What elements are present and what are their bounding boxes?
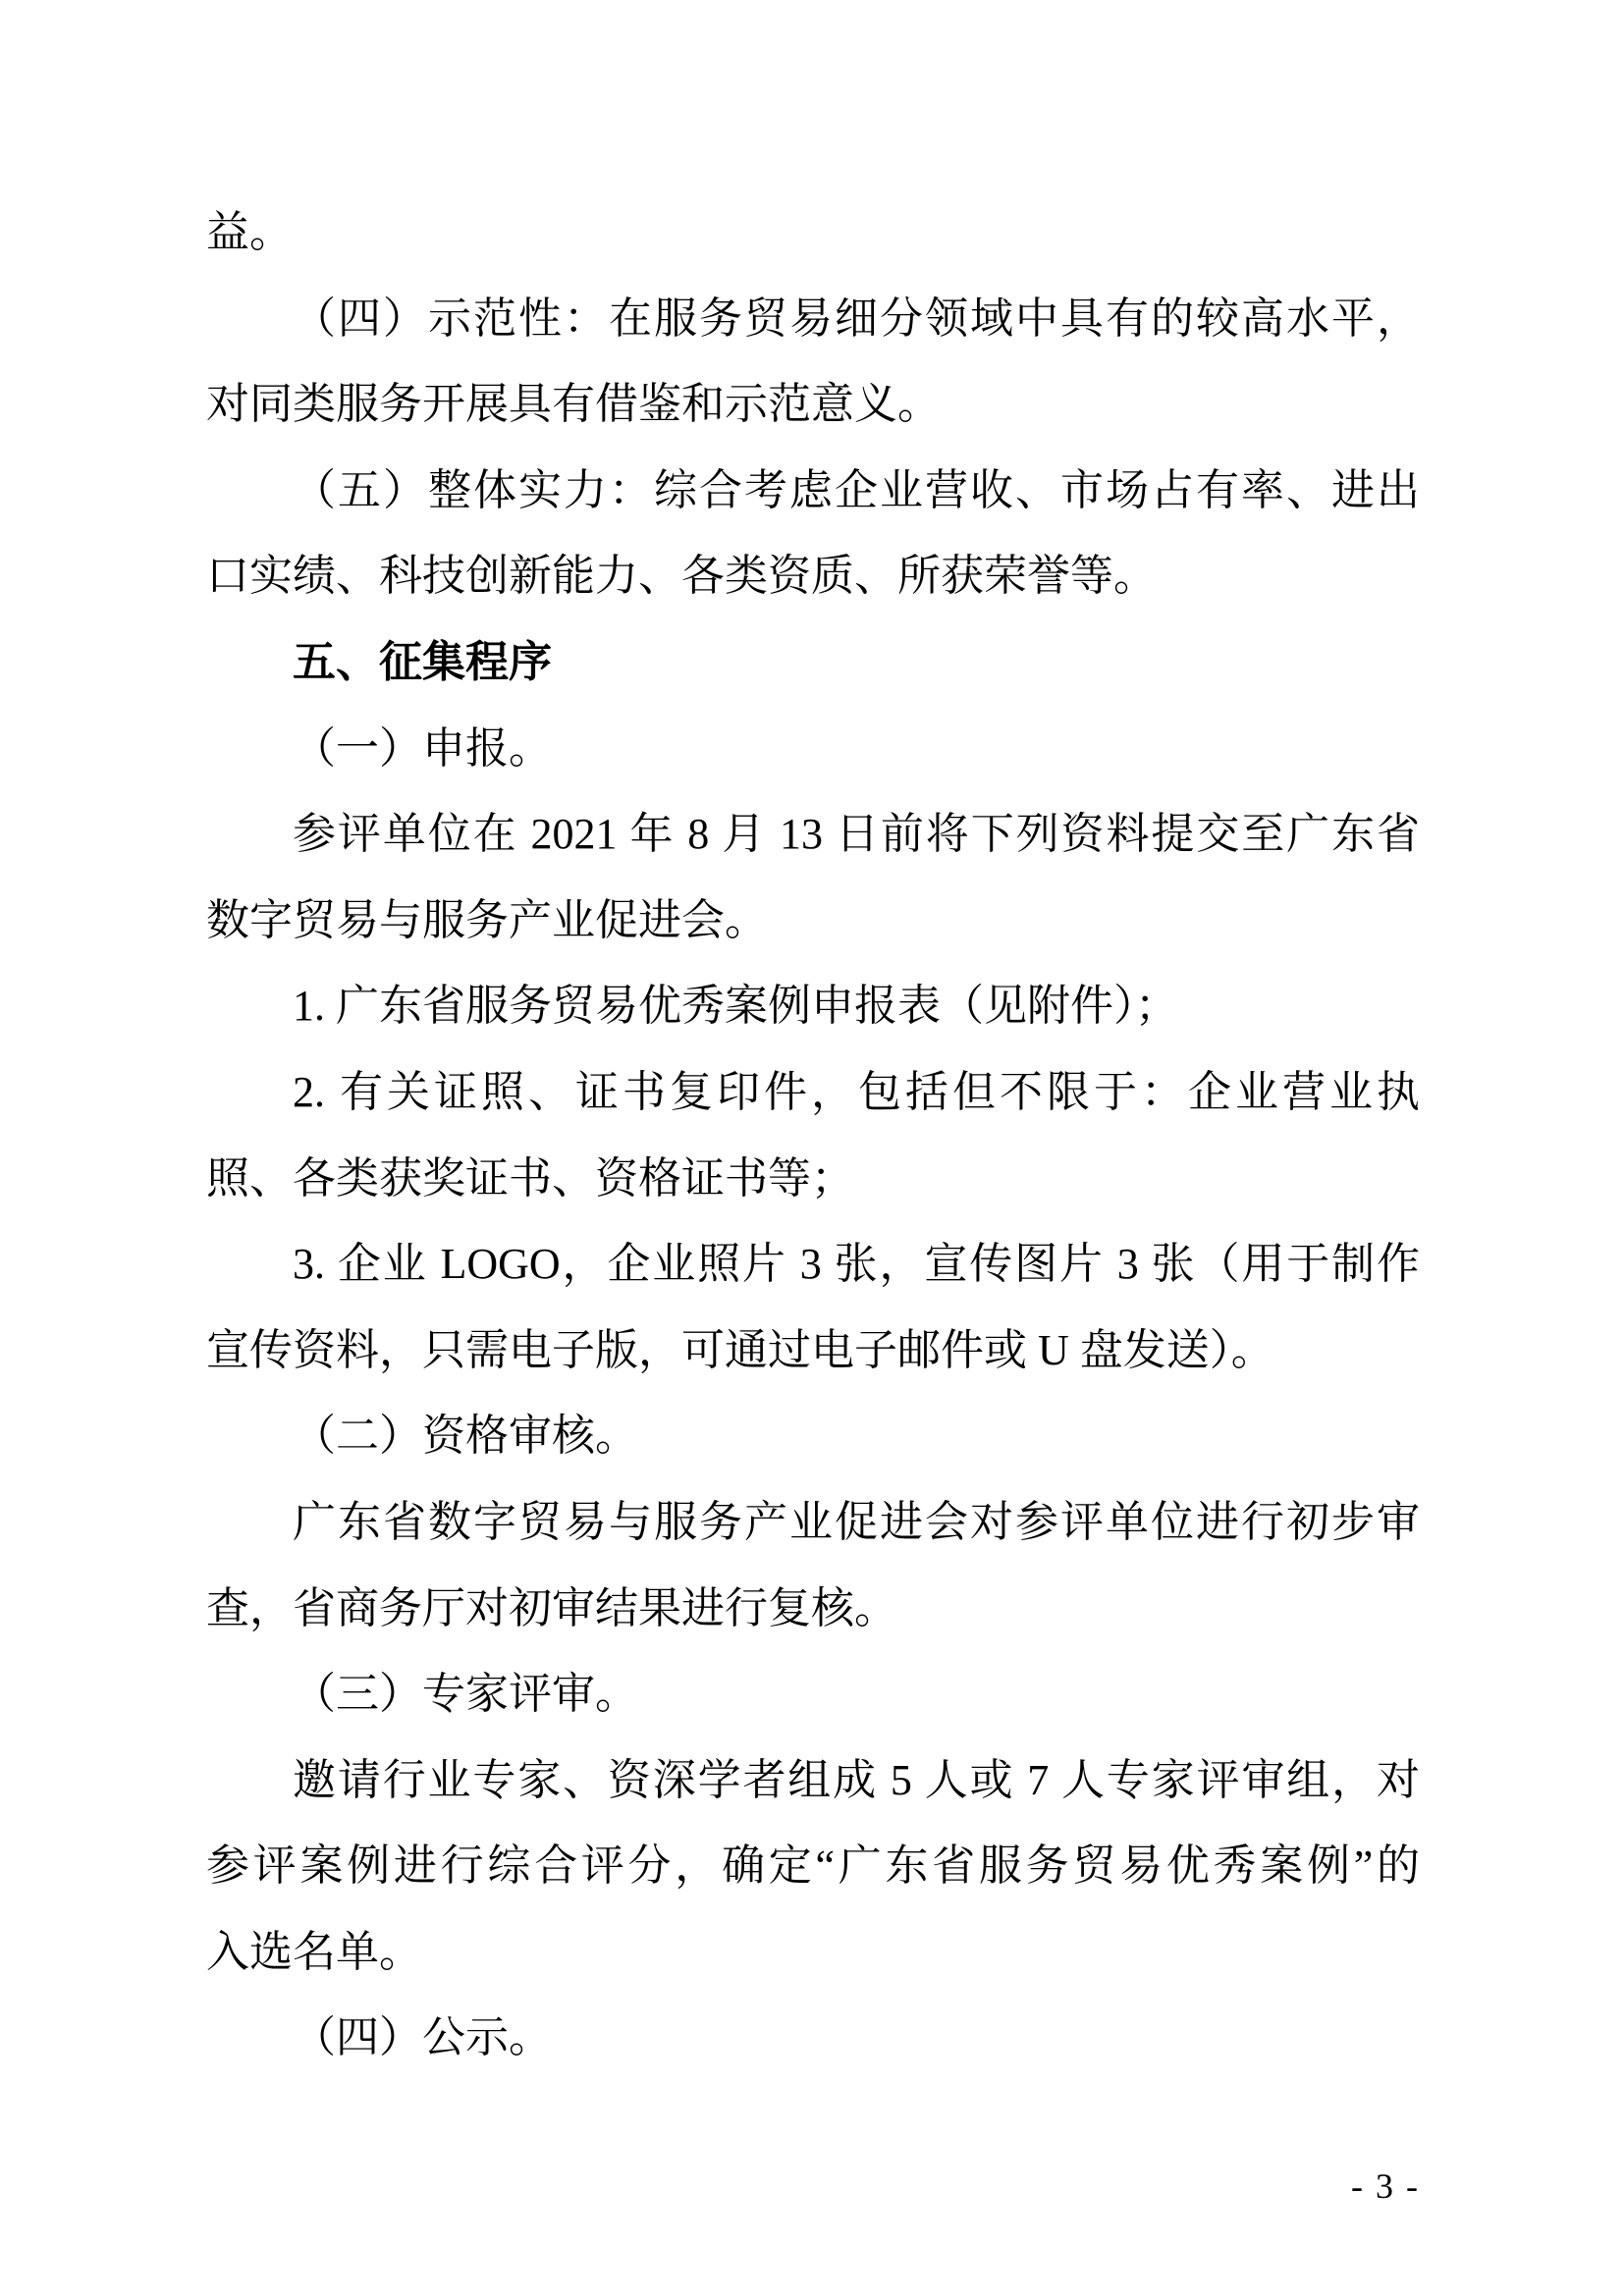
text-line: 宣传资料，只需电子版，可通过电子邮件或 U 盘发送）。: [206, 1308, 1420, 1394]
text-line: 邀请行业专家、资深学者组成 5 人或 7 人专家评审组，对: [206, 1737, 1420, 1824]
text-line: 3. 企业 LOGO，企业照片 3 张，宣传图片 3 张（用于制作: [206, 1221, 1420, 1308]
document-body: 益。（四）示范性：在服务贸易细分领域中具有的较高水平，对同类服务开展具有借鉴和示…: [206, 189, 1420, 2081]
text-line: 查，省商务厅对初审结果进行复核。: [206, 1566, 1420, 1652]
text-line: 益。: [206, 189, 1420, 276]
document-page: 益。（四）示范性：在服务贸易细分领域中具有的较高水平，对同类服务开展具有借鉴和示…: [0, 0, 1624, 2296]
text-line: 广东省数字贸易与服务产业促进会对参评单位进行初步审: [206, 1479, 1420, 1566]
section-heading: 五、征集程序: [206, 619, 1420, 706]
text-line: 1. 广东省服务贸易优秀案例申报表（见附件）；: [206, 963, 1420, 1049]
text-line: 参评案例进行综合评分，确定“广东省服务贸易优秀案例”的: [206, 1823, 1420, 1909]
text-line: （一）申报。: [206, 706, 1420, 792]
text-line: （三）专家评审。: [206, 1651, 1420, 1737]
text-line: 数字贸易与服务产业促进会。: [206, 878, 1420, 964]
text-line: （五）整体实力：综合考虑企业营收、市场占有率、进出: [206, 448, 1420, 534]
page-number: - 3 -: [1351, 2165, 1420, 2207]
text-line: 2. 有关证照、证书复印件，包括但不限于：企业营业执: [206, 1049, 1420, 1136]
text-line: （四）示范性：在服务贸易细分领域中具有的较高水平，: [206, 276, 1420, 362]
text-line: 口实绩、科技创新能力、各类资质、所获荣誉等。: [206, 533, 1420, 619]
text-line: （四）公示。: [206, 1995, 1420, 2081]
text-line: 对同类服务开展具有借鉴和示范意义。: [206, 361, 1420, 448]
text-line: 参评单位在 2021 年 8 月 13 日前将下列资料提交至广东省: [206, 791, 1420, 878]
text-line: （二）资格审核。: [206, 1393, 1420, 1479]
text-line: 照、各类获奖证书、资格证书等；: [206, 1136, 1420, 1222]
text-line: 入选名单。: [206, 1909, 1420, 1996]
